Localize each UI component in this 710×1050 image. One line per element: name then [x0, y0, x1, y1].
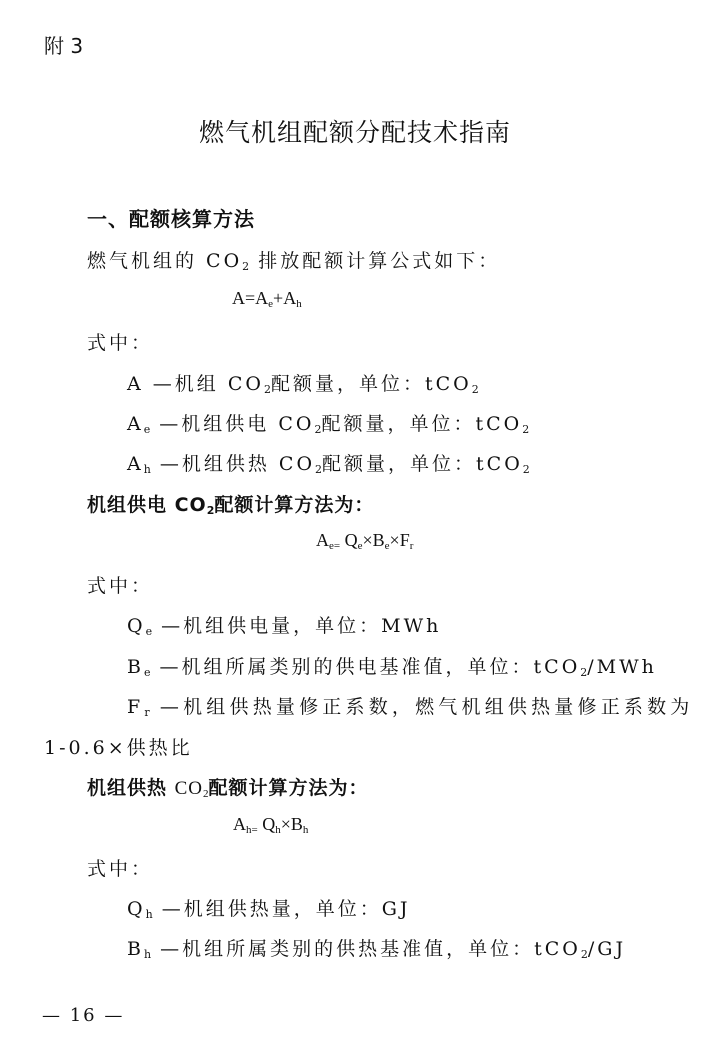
formula-part: A	[316, 530, 329, 550]
definition-text: —机组 CO	[144, 373, 264, 395]
definition-fr: Fr —机组供热量修正系数，燃气机组供热量修正系数为	[127, 692, 694, 719]
symbol: A	[127, 413, 144, 435]
definition-text: /GJ	[588, 938, 626, 960]
definition-text: 配额量，单位：tCO	[271, 373, 472, 395]
where-label: 式中：	[87, 854, 153, 881]
formula-part: Q	[258, 814, 276, 834]
page-title: 燃气机组配额分配技术指南	[0, 113, 710, 149]
subscript: 2	[581, 948, 588, 961]
definition-text: /MWh	[587, 656, 657, 678]
subscript: h	[296, 298, 302, 310]
definition-qh: Qh —机组供热量，单位：GJ	[127, 894, 411, 921]
definition-qe: Qe —机组供电量，单位：MWh	[127, 611, 441, 638]
where-label: 式中：	[87, 328, 153, 355]
heading-text: 配额计算方法为：	[214, 494, 374, 516]
power-heading: 机组供电 CO2配额计算方法为：	[87, 490, 374, 517]
symbol: A	[127, 453, 144, 475]
definition-text: —机组所属类别的供热基准值，单位：tCO	[151, 938, 581, 960]
definition-text: —机组供热量，单位：GJ	[153, 898, 411, 920]
subscript: 2	[315, 463, 322, 476]
definition-bh: Bh —机组所属类别的供热基准值，单位：tCO2/GJ	[127, 934, 626, 961]
subscript: h	[146, 908, 153, 921]
formula-main: A=Ae+Ah	[232, 288, 302, 310]
formula-part: ×F	[390, 530, 410, 550]
heading-text: 配额计算方法为：	[209, 777, 369, 799]
subscript: 2	[522, 423, 529, 436]
symbol: F	[127, 696, 144, 718]
formula-part: ×B	[281, 814, 303, 834]
formula-part: A=A	[232, 288, 268, 308]
where-label: 式中：	[87, 571, 153, 598]
symbol: B	[127, 938, 144, 960]
definition-be: Be —机组所属类别的供电基准值，单位：tCO2/MWh	[127, 652, 657, 679]
definition-ah: Ah —机组供热 CO2配额量，单位：tCO2	[127, 449, 530, 476]
subscript: h	[144, 463, 151, 476]
intro-paragraph: 燃气机组的 CO2 排放配额计算公式如下：	[87, 246, 500, 273]
formula-heat: Ah= Qh×Bh	[233, 814, 308, 836]
symbol: Q	[127, 898, 146, 920]
formula-part: +A	[273, 288, 296, 308]
definition-a: A —机组 CO2配额量，单位：tCO2	[127, 369, 479, 396]
formula-part: ×B	[362, 530, 384, 550]
attachment-label: 附 3	[44, 30, 83, 59]
definition-text: 配额量，单位：tCO	[321, 413, 522, 435]
section-heading: 一、配额核算方法	[87, 203, 255, 232]
subscript: h	[144, 948, 151, 961]
heading-text: 机组供热	[87, 777, 175, 799]
subscript: h	[303, 824, 309, 836]
subscript: h=	[246, 824, 258, 836]
heading-text: CO	[175, 778, 203, 799]
definition-text: —机组供热 CO	[151, 453, 315, 475]
intro-text-tail: 排放配额计算公式如下：	[249, 250, 500, 272]
subscript: r	[410, 540, 414, 552]
heat-heading: 机组供热 CO2配额计算方法为：	[87, 773, 369, 800]
subscript: 2	[472, 383, 479, 396]
subscript: e=	[329, 540, 340, 552]
definition-fr-continuation: 1-0.6×供热比	[44, 733, 193, 760]
heading-text: 机组供电 CO	[87, 494, 207, 516]
symbol: B	[127, 656, 144, 678]
definition-text: —机组所属类别的供电基准值，单位：tCO	[150, 656, 580, 678]
definition-text: —机组供电 CO	[150, 413, 314, 435]
definition-text: —机组供热量修正系数，燃气机组供热量修正系数为	[150, 696, 694, 718]
formula-part: Q	[340, 530, 358, 550]
definition-text: 配额量，单位：tCO	[322, 453, 523, 475]
page-number: — 16 —	[42, 1005, 124, 1026]
definition-text: —机组供电量，单位：MWh	[152, 615, 441, 637]
symbol: A	[127, 373, 144, 395]
subscript: 2	[264, 383, 271, 396]
subscript: 2	[523, 463, 530, 476]
symbol: Q	[127, 615, 146, 637]
intro-text: 燃气机组的 CO	[87, 250, 242, 272]
formula-power: Ae= Qe×Be×Fr	[316, 530, 413, 552]
definition-ae: Ae —机组供电 CO2配额量，单位：tCO2	[127, 409, 529, 436]
formula-part: A	[233, 814, 246, 834]
